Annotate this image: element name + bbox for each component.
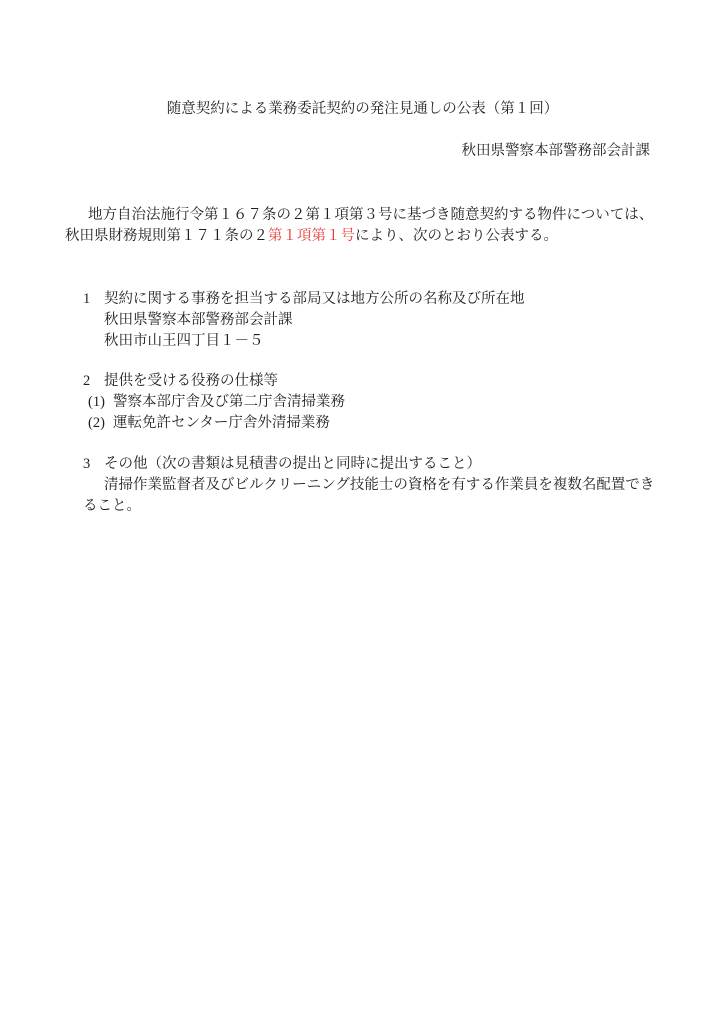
section-1-org-address: 秋田市山王四丁目１－５ (65, 331, 675, 352)
section-3-heading-line: 3その他（次の書類は見積書の提出と同時に提出すること） (65, 454, 675, 475)
intro-line-1: 地方自治法施行令第１６７条の２第１項第３号に基づき随意契約する物件については、 (65, 205, 675, 226)
section-3: 3その他（次の書類は見積書の提出と同時に提出すること） 清掃作業監督者及びビルク… (65, 454, 675, 517)
section-3-body-line-1: 清掃作業監督者及びビルクリーニング技能士の資格を有する作業員を複数名配置でき (65, 475, 675, 496)
intro-paragraph: 地方自治法施行令第１６７条の２第１項第３号に基づき随意契約する物件については、 … (65, 205, 675, 247)
section-2-heading-line: 2提供を受ける役務の仕様等 (65, 371, 675, 392)
page-background: 随意契約による業務委託契約の発注見通しの公表（第１回） 秋田県警察本部警務部会計… (0, 0, 725, 1024)
section-1-number: 1 (83, 289, 104, 310)
section-2-item-1-text: 警察本部庁舎及び第二庁舎清掃業務 (113, 394, 345, 410)
section-2-item-1-marker: (1) (88, 392, 113, 413)
section-2-item-2-marker: (2) (88, 413, 113, 434)
section-2-heading: 提供を受ける役務の仕様等 (104, 373, 278, 389)
section-2: 2提供を受ける役務の仕様等 (1)警察本部庁舎及び第二庁舎清掃業務 (2)運転免… (65, 371, 675, 434)
section-2-item-2-text: 運転免許センター庁舎外清掃業務 (113, 415, 330, 431)
section-1-org-name: 秋田県警察本部警務部会計課 (65, 310, 675, 331)
intro-line-2-post: により、次のとおり公表する。 (355, 228, 558, 244)
section-3-heading: その他（次の書類は見積書の提出と同時に提出すること） (104, 456, 481, 472)
section-1: 1契約に関する事務を担当する部局又は地方公所の名称及び所在地 秋田県警察本部警務… (65, 289, 675, 352)
document-title: 随意契約による業務委託契約の発注見通しの公表（第１回） (0, 99, 725, 120)
document-page: { "colors": { "page_background": "#fffff… (0, 0, 725, 1024)
section-2-item-2: (2)運転免許センター庁舎外清掃業務 (65, 413, 675, 434)
section-1-heading: 契約に関する事務を担当する部局又は地方公所の名称及び所在地 (104, 291, 525, 307)
section-2-number: 2 (83, 371, 104, 392)
intro-line-2-pre: 秋田県財務規則第１７１条の２ (65, 228, 268, 244)
intro-line-2: 秋田県財務規則第１７１条の２第１項第１号により、次のとおり公表する。 (65, 226, 675, 247)
author-department: 秋田県警察本部警務部会計課 (462, 141, 651, 162)
section-2-item-1: (1)警察本部庁舎及び第二庁舎清掃業務 (65, 392, 675, 413)
section-3-number: 3 (83, 454, 104, 475)
legal-reference-red-text: 第１項第１号 (268, 228, 355, 244)
section-1-heading-line: 1契約に関する事務を担当する部局又は地方公所の名称及び所在地 (65, 289, 675, 310)
section-3-body-line-2: ること。 (65, 496, 675, 517)
